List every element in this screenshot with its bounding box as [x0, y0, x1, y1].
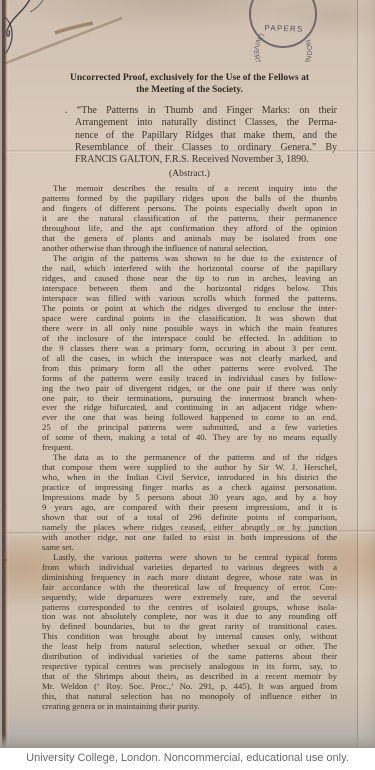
- diagonal-crease-line: [0, 18, 122, 66]
- text-line: with another ridge, not one failed to ex…: [42, 533, 337, 543]
- stamp-center-text: PAPERS: [264, 23, 303, 33]
- underlying-sheet-edge: [357, 0, 375, 748]
- text-line: Arrangement into naturally distinct Clas…: [75, 117, 337, 129]
- text-line: FRANCIS GALTON, F.R.S. Received November…: [75, 154, 337, 166]
- library-stamp: UNIVERSITY COLLEGE LONDON PAPERS: [240, 0, 335, 62]
- scanned-document-page: UNIVERSITY COLLEGE LONDON PAPERS Uncorre…: [0, 0, 375, 748]
- pen-stroke-icon: [30, 0, 44, 12]
- text-line: nence of the Papillary Ridges that make …: [75, 130, 337, 142]
- smudge-mark: [55, 23, 93, 33]
- text-line: of some of them, making a total of 40. T…: [42, 433, 337, 443]
- printed-text-block: Uncorrected Proof, exclusively for the U…: [42, 72, 337, 712]
- text-line: creating genera or in maintaining their …: [42, 702, 337, 712]
- pen-stroke-icon: [7, 0, 31, 36]
- paragraph: The origin of the patterns was shown to …: [42, 254, 337, 453]
- text-line: . “The Patterns in Thumb and Finger Mark…: [65, 105, 337, 117]
- abstract-label: (Abstract.): [42, 168, 337, 180]
- paper-left-edge: [0, 0, 9, 748]
- text-line: the Meeting of the Society.: [42, 84, 337, 96]
- paragraph: Lastly, the various patterns were shown …: [42, 553, 337, 712]
- paper-title: . “The Patterns in Thumb and Finger Mark…: [75, 105, 337, 166]
- paragraph: The data as to the permanence of the pat…: [42, 453, 337, 553]
- paragraph: The memoir describes the results of a re…: [42, 184, 337, 254]
- screenshot-stage: UNIVERSITY COLLEGE LONDON PAPERS Uncorre…: [0, 0, 375, 770]
- text-line: Resemblance of their Classes to ordinary…: [75, 142, 337, 154]
- abstract-body: The memoir describes the results of a re…: [42, 184, 337, 712]
- text-line: Uncorrected Proof, exclusively for the U…: [42, 72, 337, 84]
- proof-notice: Uncorrected Proof, exclusively for the U…: [42, 72, 337, 96]
- attribution-caption: University College, London. Noncommercia…: [0, 748, 375, 770]
- paper-bottom-edge: [0, 735, 375, 748]
- handwritten-pen-marks: [0, 0, 140, 80]
- text-line: ing the two pair of divergent ridges, or…: [42, 384, 337, 394]
